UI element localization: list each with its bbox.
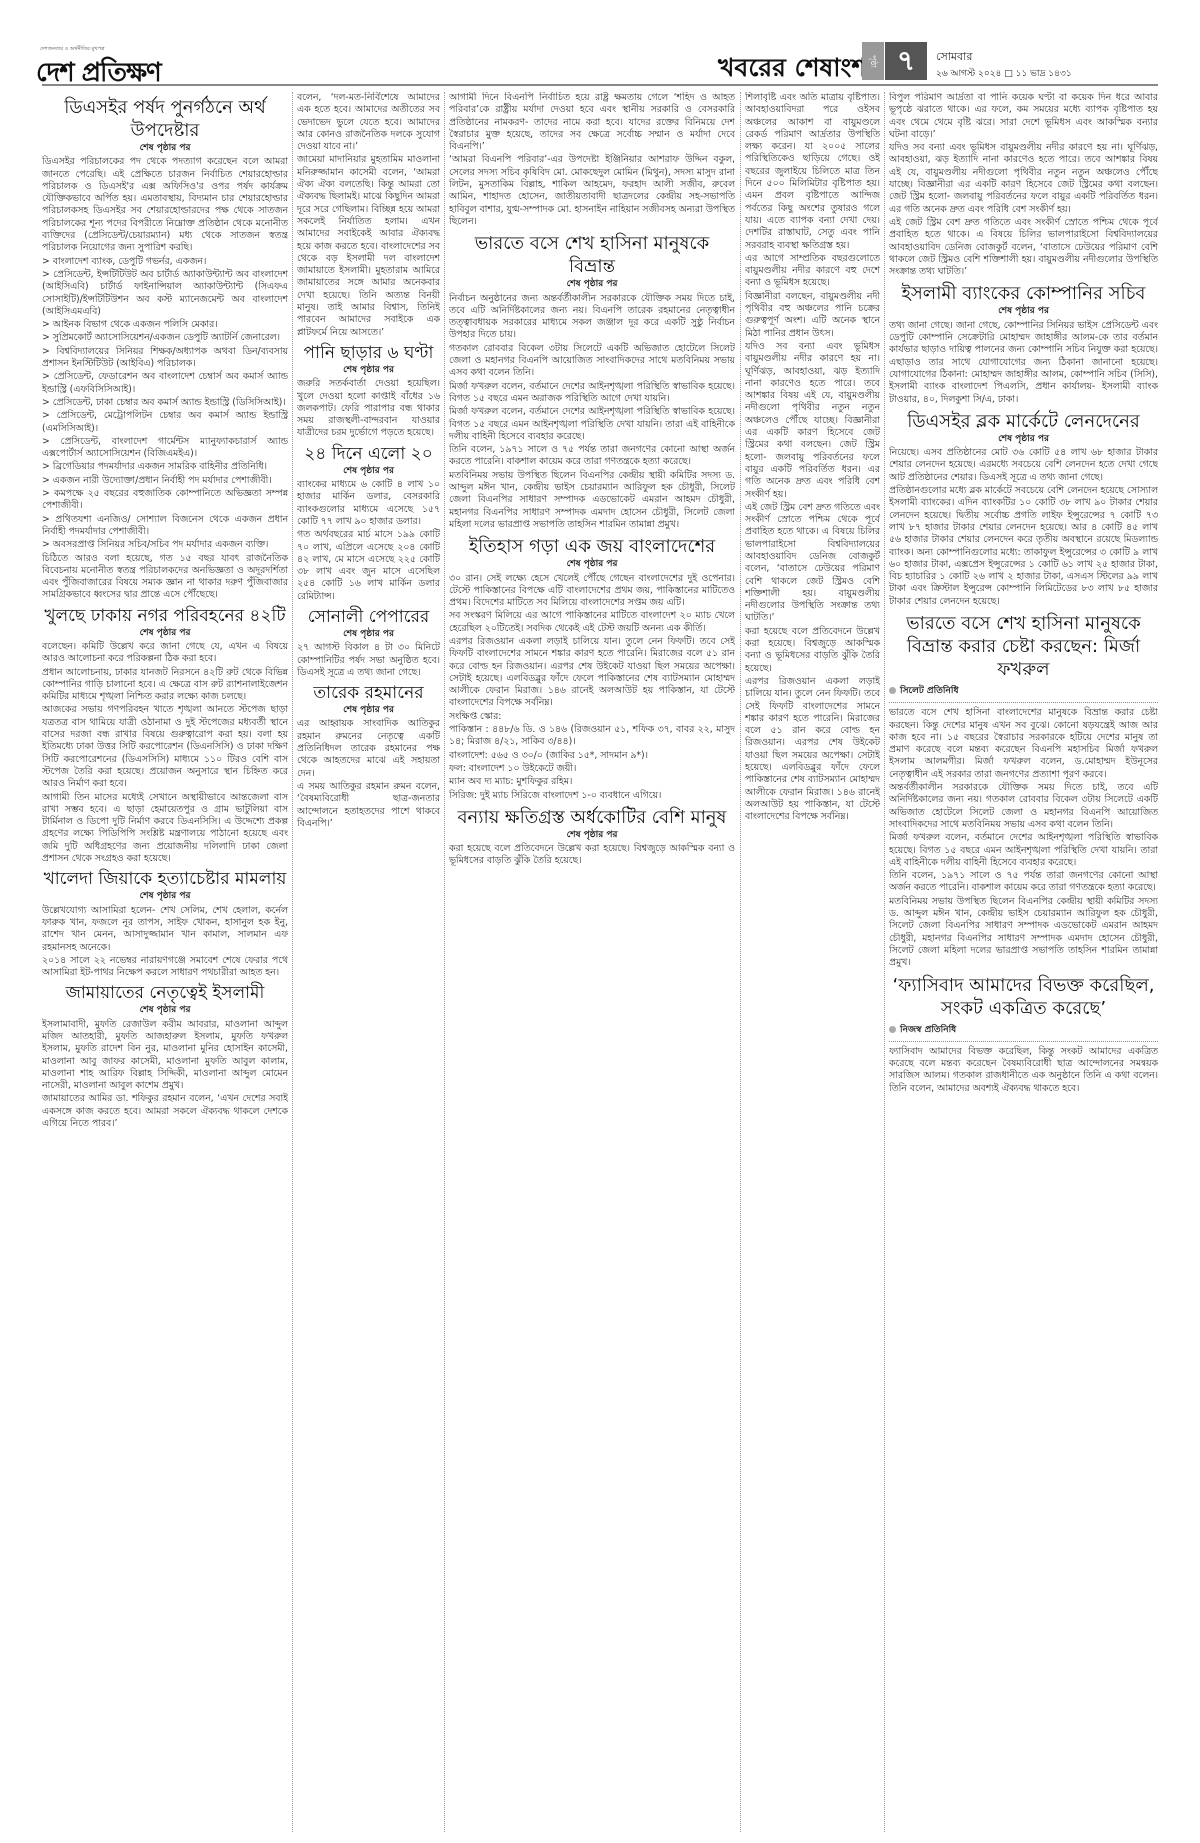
article-chile-rain: শিলাবৃষ্টি এবং অতি মাত্রায় বৃষ্টিপাত। আ… (745, 92, 880, 824)
page-label: পৃষ্ঠা (862, 42, 884, 80)
article-block-market: ডিএসইর ব্লক মার্কেটে লেনদেনের শেষ পৃষ্ঠা… (889, 410, 1158, 608)
article-dse-board: ডিএসইর পর্ষদ পুনর্গঠনে অর্থ উপদেষ্টার শে… (42, 96, 288, 602)
paragraph: ২০১৪ সালে ২২ নভেম্বর নারায়ণগঞ্জে সমাবেশ… (42, 955, 288, 980)
paragraph: > প্রেসিডেন্ট, বাংলাদেশ গার্মেন্টস ম্যান… (42, 436, 288, 461)
paragraph: ভারতে বসে শেখ হাসিনা বাংলাদেশের মানুষকে … (889, 707, 1158, 781)
paragraph: আগামী দিনে বিএনপি নির্বাচিত হয়ে রাষ্ট্র… (449, 92, 735, 153)
article-atmos-river: বিপুল পরিমাণ আর্দ্রতা বা পানি কয়েক ঘণ্ট… (889, 92, 1158, 278)
headline[interactable]: বন্যায় ক্ষতিগ্রস্ত অর্ধকোটির বেশি মানুষ (449, 806, 735, 829)
paragraph: ‘আমরা বিএনপি পরিবার’-এর উপদেষ্টা ইঞ্জিনি… (449, 154, 735, 228)
byline-text: নিজস্ব প্রতিনিধি (900, 1025, 956, 1035)
paragraph: জরুরি সতর্কবার্তা দেওয়া হয়েছিল। খুলে দ… (297, 378, 440, 439)
scorecard-series: সিরিজ: দুই ম্যাচ সিরিজে বাংলাদেশ ১-০ ব্য… (449, 790, 735, 802)
paragraph: প্রতিষ্ঠানগুলোর মধ্যে ব্লক মার্কেটে সবচে… (889, 485, 1158, 608)
headline[interactable]: খালেদা জিয়াকে হত্যাচেষ্টার মামলায় (42, 869, 288, 890)
article-dhaka-transport: খুলছে ঢাকায় নগর পরিবহনের ৪২টি শেষ পৃষ্ঠ… (42, 606, 288, 866)
scorecard-pakistan: পাকিস্তান : ৪৪৮/৬ ডি. ও ১৪৬ (রিজওয়ান ৫১… (449, 724, 735, 749)
paragraph: মির্জা ফখরুল বলেন, বর্তমানে দেশের আইনশৃঙ… (449, 406, 735, 443)
scorecard-result: ফল: বাংলাদেশ ১০ উইকেটে জয়ী। (449, 763, 735, 775)
paragraph: > প্রেসিডেন্ট, ফেডারেশন অব বাংলাদেশ চেম্… (42, 371, 288, 396)
kicker: শেষ পৃষ্ঠার পর (42, 890, 288, 902)
paragraph: > কমপক্ষে ২৫ বছরের বহুজাতিক কোম্পানিতে অ… (42, 488, 288, 513)
paragraph: মির্জা ফখরুল বলেন, বর্তমানে দেশের আইনশৃঙ… (449, 381, 735, 406)
bullet-icon (889, 687, 896, 694)
scorecard: সংক্ষিপ্ত স্কোর: পাকিস্তান : ৪৪৮/৬ ডি. ও… (449, 711, 735, 802)
paragraph: যদিও সব বন্যা এবং ভূমিধস বায়ুমণ্ডলীয় ন… (889, 142, 1158, 216)
paragraph: গত অর্থবছরের মার্চ মাসে ১৯৯ কোটি ৭০ লাখ,… (297, 529, 440, 603)
paragraph: বলেছেন। কমিটি উল্লেখ করে জানা গেছে যে, এ… (42, 641, 288, 666)
paragraph: জামেয়া মাদানিয়ার মুহতামিম মাওলানা মনির… (297, 154, 440, 338)
kicker: শেষ পৃষ্ঠার পর (449, 829, 735, 841)
headline[interactable]: ডিএসইর পর্ষদ পুনর্গঠনে অর্থ উপদেষ্টার (42, 96, 288, 142)
kicker: শেষ পৃষ্ঠার পর (42, 142, 288, 154)
paragraph: ডিএসইর পরিচালকের পদ থেকে পদত্যাগ করেছেন … (42, 156, 288, 254)
article-jamaat: জামায়াতের নেতৃত্বেই ইসলামী শেষ পৃষ্ঠার … (42, 983, 288, 1130)
kicker: শেষ পৃষ্ঠার পর (297, 628, 440, 640)
scorecard-bangladesh: বাংলাদেশ: ৫৬৫ ও ৩০/০ (জাকির ১৫*, সাদমান … (449, 750, 735, 762)
paragraph: মতবিনিময় সভায় উপস্থিত ছিলেন বিএনপির কে… (889, 896, 1158, 970)
headline[interactable]: সোনালী পেপারের (297, 607, 440, 628)
page-number: ৭ (885, 42, 927, 80)
date-day: সোমবার (936, 48, 972, 67)
bullet-icon (889, 1026, 896, 1033)
scorecard-mom: ম্যান অব দ্য ম্যাচ: মুশফিকুর রহিম। (449, 776, 735, 788)
paragraph: জামায়াতের আমির ডা. শফিকুর রহমান বলেন, ‘… (42, 1093, 288, 1130)
paragraph: > বাংলাদেশ ব্যাংক, ডেপুটি গভর্নর, একজন। (42, 256, 288, 268)
paragraph: > সুপ্রিমকোর্ট অ্যাসোসিয়েশন/একজন ডেপুটি… (42, 332, 288, 344)
newspaper-logo[interactable]: দেশ প্রতিক্ষণ (36, 52, 161, 96)
column-divider (444, 92, 445, 1832)
masthead: দেশজনতার ও অর্থনীতির মুখপত্র দেশ প্রতিক্… (0, 0, 1200, 80)
article-remittance: ২৪ দিনে এলো ২০ শেষ পৃষ্ঠার পর ব্যাংকের ম… (297, 444, 440, 603)
article-history-win: ইতিহাস গড়া এক জয় বাংলাদেশের শেষ পৃষ্ঠা… (449, 535, 735, 802)
paragraph: বিপুল পরিমাণ আর্দ্রতা বা পানি কয়েক ঘণ্ট… (889, 92, 1158, 141)
headline[interactable]: তারেক রহমানের (297, 683, 440, 704)
kicker: শেষ পৃষ্ঠার পর (42, 1004, 288, 1016)
paragraph: এর আগে সাম্প্রতিক বছরগুলোতে বায়ুমণ্ডলীয… (745, 253, 880, 290)
paragraph: এরপর রিজওয়ান একলা লড়াই চালিয়ে যান। তু… (745, 676, 880, 824)
article-islami-bank: ইসলামী ব্যাংকের কোম্পানির সচিব শেষ পৃষ্ঠ… (889, 282, 1158, 405)
paragraph: ৩০ রান। সেই লক্ষ্যে হেসে খেলেই পৌঁছে গেছ… (449, 573, 735, 610)
paragraph: চিঠিতে আরও বলা হয়েছে, গত ১৫ বছর যাবৎ রা… (42, 553, 288, 602)
paragraph: প্রধান আলোচনায়, ঢাকার যানজট নিরসনে ৪২টি… (42, 667, 288, 704)
article-unity-quote: বলেন, ‘দল-মত-নির্বিশেষে আমাদের এক হতে হব… (297, 92, 440, 339)
column-1: ডিএসইর পর্ষদ পুনর্গঠনে অর্থ উপদেষ্টার শে… (42, 92, 288, 1832)
paragraph: গতকাল রোববার বিকেল ৩টায় সিলেটে একটি অভি… (449, 343, 735, 380)
headline[interactable]: ‘ফ্যাসিবাদ আমাদের বিভক্ত করেছিল, সংকট এক… (889, 974, 1158, 1020)
column-divider (884, 92, 885, 1832)
column-4: শিলাবৃষ্টি এবং অতি মাত্রায় বৃষ্টিপাত। আ… (745, 92, 880, 1832)
column-divider (740, 92, 741, 1832)
headline[interactable]: ভারতে বসে শেখ হাসিনা মানুষকে বিভ্রান্ত ক… (889, 612, 1158, 681)
paragraph: বলেন, ‘দল-মত-নির্বিশেষে আমাদের এক হতে হব… (297, 92, 440, 153)
byline: সিলেট প্রতিনিধি (889, 685, 1158, 703)
article-ferry: পানি ছাড়ার ৬ ঘণ্টা শেষ পৃষ্ঠার পর জরুরি… (297, 343, 440, 440)
kicker: শেষ পৃষ্ঠার পর (889, 433, 1158, 445)
column-3: আগামী দিনে বিএনপি নির্বাচিত হয়ে রাষ্ট্র… (449, 92, 735, 1832)
top-rule (42, 84, 1158, 86)
column-5: বিপুল পরিমাণ আর্দ্রতা বা পানি কয়েক ঘণ্ট… (889, 92, 1158, 1832)
paragraph: উল্লেখযোগ্য আসামিরা হলেন- শেখ সেলিম, শেখ… (42, 905, 288, 954)
scorecard-label: সংক্ষিপ্ত স্কোর: (449, 711, 735, 723)
article-fascism: ‘ফ্যাসিবাদ আমাদের বিভক্ত করেছিল, সংকট এক… (889, 974, 1158, 1095)
headline[interactable]: ভারতে বসে শেখ হাসিনা মানুষকে বিভ্রান্ত (449, 232, 735, 278)
column-divider (292, 92, 293, 1832)
article-khaleda-case: খালেদা জিয়াকে হত্যাচেষ্টার মামলায় শেষ … (42, 869, 288, 979)
paragraph: এর আহ্বায়ক সাংবাদিক আতিকুর রহমান রুমনের… (297, 718, 440, 779)
paragraph: তথ্য জানা গেছে। জানা গেছে, কোম্পানির সিন… (889, 320, 1158, 406)
headline[interactable]: জামায়াতের নেতৃত্বেই ইসলামী (42, 983, 288, 1004)
kicker: শেষ পৃষ্ঠার পর (297, 704, 440, 716)
article-flood: বন্যায় ক্ষতিগ্রস্ত অর্ধকোটির বেশি মানুষ… (449, 806, 735, 868)
paragraph: আগামী তিন মাসের মধ্যেই সেখানে অস্থায়ীভা… (42, 792, 288, 866)
paragraph: > প্রথিতযশা এনজিও/ সোশ্যাল বিজনেস থেকে এ… (42, 514, 288, 539)
paragraph: অন্তর্বর্তীকালীন সরকারকে যৌক্তিক সময় দি… (889, 782, 1158, 831)
paragraph: > ব্রিগেডিয়ার পদমর্যাদার একজন সামরিক বা… (42, 461, 288, 473)
article-fakhrul: ভারতে বসে শেখ হাসিনা মানুষকে বিভ্রান্ত ক… (889, 612, 1158, 970)
headline[interactable]: ডিএসইর ব্লক মার্কেটে লেনদেনের (889, 410, 1158, 433)
paragraph: ইসলামাবাদী, মুফতি রেজাউল করীম আবরার, মাও… (42, 1019, 288, 1093)
kicker: শেষ পৃষ্ঠার পর (449, 558, 735, 570)
kicker: শেষ পৃষ্ঠার পর (42, 627, 288, 639)
paragraph: মির্জা ফখরুল বলেন, বর্তমানে দেশের আইনশৃঙ… (889, 832, 1158, 869)
paragraph: ব্যাংকের মাধ্যমে ৬ কোটি ৪ লাখ ১০ হাজার ম… (297, 479, 440, 528)
paragraph: ফ্যাসিবাদ আমাদের বিভক্ত করেছিল, কিন্তু স… (889, 1046, 1158, 1095)
headline[interactable]: পানি ছাড়ার ৬ ঘণ্টা (297, 343, 440, 364)
paragraph: তিনি বলেন, ১৯৭১ সালে ও ৭৫ পর্যন্ত তারা জ… (889, 870, 1158, 895)
article-tarek: তারেক রহমানের শেষ পৃষ্ঠার পর এর আহ্বায়ক… (297, 683, 440, 830)
paragraph: শিলাবৃষ্টি এবং অতি মাত্রায় বৃষ্টিপাত। আ… (745, 92, 880, 252)
paragraph: যদিও সব বন্যা এবং ভূমিধস বায়ুমণ্ডলীয় ন… (745, 341, 880, 501)
article-sonali-paper: সোনালী পেপারের শেষ পৃষ্ঠার পর ২৭ আগস্ট ব… (297, 607, 440, 679)
paragraph: আজকের সভায় গণপরিবহন খাতে শৃঙ্খলা আনতে স… (42, 704, 288, 790)
paragraph: নিয়েছে। এসব প্রতিষ্ঠানের মোট ৩৬ কোটি ৫৪… (889, 447, 1158, 484)
byline-text: সিলেট প্রতিনিধি (900, 686, 959, 696)
paragraph: করা হয়েছে বলে প্রতিবেদনে উল্লেখ করা হয়… (745, 626, 880, 675)
paragraph: তিনি বলেন, ১৯৭১ সালে ও ৭৫ পর্যন্ত তারা জ… (449, 444, 735, 469)
date-full: ২৬ আগস্ট ২০২৪ □ ১১ ভাদ্র ১৪৩১ (936, 66, 1072, 81)
paragraph: > আইনক বিভাগ থেকে একজন পলিসি মেকার। (42, 319, 288, 331)
paragraph: এরপর রিজওয়ান একলা লড়াই চালিয়ে যান। তু… (449, 636, 735, 710)
headline[interactable]: খুলছে ঢাকায় নগর পরিবহনের ৪২টি (42, 606, 288, 627)
paragraph: নির্বাচন অনুষ্ঠানের জন্য অন্তর্বর্তীকালী… (449, 293, 735, 342)
column-2: বলেন, ‘দল-মত-নির্বিশেষে আমাদের এক হতে হব… (297, 92, 440, 1832)
paragraph: > অবসরপ্রাপ্ত সিনিয়র সচিব/সচিব পদ মর্যা… (42, 539, 288, 551)
article-bnp-family: আগামী দিনে বিএনপি নির্বাচিত হয়ে রাষ্ট্র… (449, 92, 735, 228)
paragraph: > প্রেসিডেন্ট, মেট্রোপলিটন চেম্বার অব কম… (42, 410, 288, 435)
kicker: শেষ পৃষ্ঠার পর (889, 305, 1158, 317)
kicker: শেষ পৃষ্ঠার পর (449, 278, 735, 290)
headline[interactable]: ২৪ দিনে এলো ২০ (297, 444, 440, 465)
paragraph: সব সংস্করণ মিলিয়ে এর আগে পাকিস্তানের মা… (449, 610, 735, 635)
paragraph: > একজন নারী উদ্যোক্তা/প্রধান নির্বাহী পদ… (42, 475, 288, 487)
paragraph: মতবিনিময় সভায় উপস্থিত ছিলেন বিএনপির কে… (449, 470, 735, 531)
paragraph: ২৭ আগস্ট বিকাল ৪ টা ৩০ মিনিটে কোম্পানিটি… (297, 642, 440, 679)
byline: নিজস্ব প্রতিনিধি (889, 1024, 1158, 1042)
paragraph: এ সময় আতিকুর রহমান রুমন বলেন, ‘বৈষম্যবি… (297, 781, 440, 830)
paragraph: বিজ্ঞানীরা বলছেন, বায়ুমণ্ডলীয় নদী পৃথি… (745, 291, 880, 340)
paragraph: করা হয়েছে বলে প্রতিবেদনে উল্লেখ করা হয়… (449, 843, 735, 868)
article-hasina-confuse: ভারতে বসে শেখ হাসিনা মানুষকে বিভ্রান্ত শ… (449, 232, 735, 531)
paragraph: > প্রেসিডেন্ট, ঢাকা চেম্বার অব কমার্স অ্… (42, 397, 288, 409)
headline[interactable]: ইতিহাস গড়া এক জয় বাংলাদেশের (449, 535, 735, 558)
kicker: শেষ পৃষ্ঠার পর (297, 465, 440, 477)
headline[interactable]: ইসলামী ব্যাংকের কোম্পানির সচিব (889, 282, 1158, 305)
paragraph: > বিশ্ববিদ্যালয়ের সিনিয়র শিক্ষক/অধ্যাপ… (42, 346, 288, 371)
paragraph: > প্রেসিডেন্ট, ইন্সটিটিউট অব চার্টার্ড অ… (42, 269, 288, 318)
paragraph: এই জেট স্ট্রিম বেশ দ্রুত গতিতে এবং সংকীর… (889, 217, 1158, 278)
kicker: শেষ পৃষ্ঠার পর (297, 364, 440, 376)
paragraph: এই জেট স্ট্রিম বেশ দ্রুত গতিতে এবং সংকীর… (745, 502, 880, 625)
